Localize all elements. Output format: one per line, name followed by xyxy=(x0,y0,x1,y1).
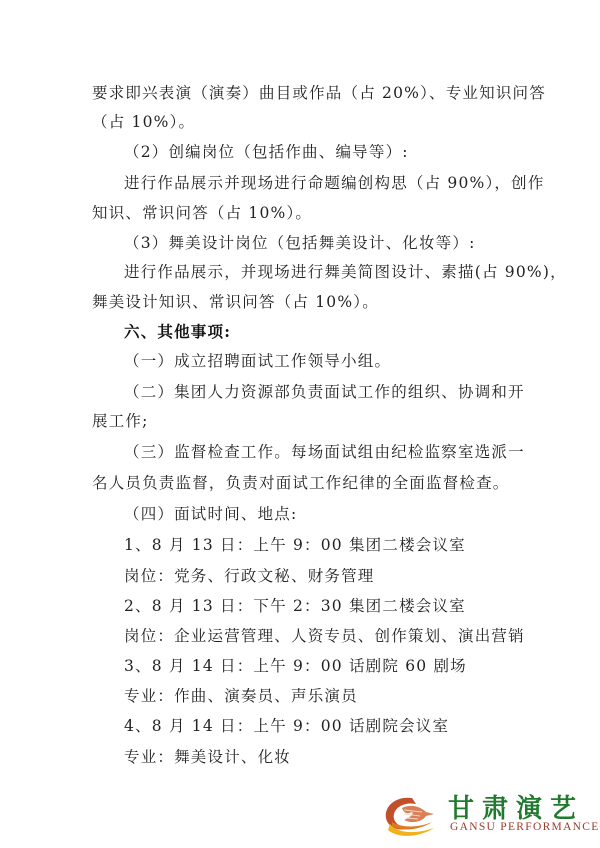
text-line: 要求即兴表演（演奏）曲目或作品（占 20%）、专业知识问答 xyxy=(92,82,546,104)
text-line: 知识、常识问答（占 10%）。 xyxy=(92,202,312,224)
schedule-item: 4、8 月 14 日：上午 9：00 话剧院会议室 xyxy=(124,715,449,737)
text-line: 舞美设计知识、常识问答（占 10%）。 xyxy=(92,291,379,313)
text-line: （一）成立招聘面试工作领导小组。 xyxy=(124,350,391,372)
text-line: 进行作品展示，并现场进行舞美简图设计、素描(占 90%)， xyxy=(124,261,567,283)
text-line: （占 10%）。 xyxy=(92,111,195,133)
text-line: （四）面试时间、地点: xyxy=(124,503,297,525)
text-line: 展工作; xyxy=(92,410,149,432)
text-line: （二）集团人力资源部负责面试工作的组织、协调和开 xyxy=(124,381,525,403)
schedule-positions: 岗位：党务、行政文秘、财务管理 xyxy=(124,565,375,587)
section-heading: 六、其他事项: xyxy=(124,321,231,343)
schedule-item: 3、8 月 14 日：上午 9：00 话剧院 60 剧场 xyxy=(124,655,467,677)
text-line: 名人员负责监督，负责对面试工作纪律的全面监督检查。 xyxy=(92,472,510,494)
schedule-positions: 专业：舞美设计、化妆 xyxy=(124,746,291,768)
schedule-positions: 专业：作曲、演奏员、声乐演员 xyxy=(124,685,358,707)
text-line: （2）创编岗位（包括作曲、编导等）: xyxy=(124,141,409,163)
schedule-item: 2、8 月 13 日：下午 2：30 集团二楼会议室 xyxy=(124,595,466,617)
gansu-performance-logo: 甘肃演艺 GANSU PERFORMANCE xyxy=(382,790,592,840)
text-line: （3）舞美设计岗位（包括舞美设计、化妆等）: xyxy=(124,232,476,254)
schedule-positions: 岗位：企业运营管理、人资专员、创作策划、演出营销 xyxy=(124,625,525,647)
phoenix-swirl-icon xyxy=(382,794,438,838)
logo-english-name: GANSU PERFORMANCE xyxy=(450,821,600,833)
schedule-item: 1、8 月 13 日：上午 9：00 集团二楼会议室 xyxy=(124,534,466,556)
text-line: （三）监督检查工作。每场面试组由纪检监察室选派一 xyxy=(124,441,525,463)
text-line: 进行作品展示并现场进行命题编创构思（占 90%），创作 xyxy=(124,172,545,194)
logo-chinese-name: 甘肃演艺 xyxy=(448,788,584,825)
document-page: 要求即兴表演（演奏）曲目或作品（占 20%）、专业知识问答 （占 10%）。 （… xyxy=(0,0,600,848)
